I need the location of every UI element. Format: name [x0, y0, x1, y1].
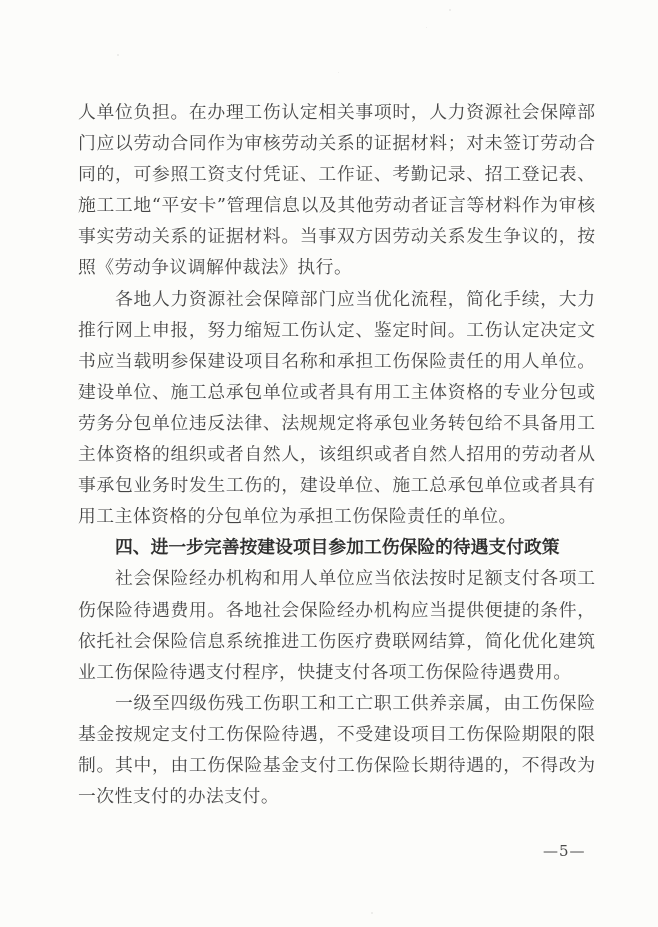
document-line: 事实劳动关系的证据材料。当事双方因劳动关系发生争议的，按 — [78, 221, 595, 252]
document-line: 书应当载明参保建设项目名称和承担工伤保险责任的用人单位。 — [78, 346, 595, 377]
document-body: 人单位负担。在办理工伤认定相关事项时，人力资源社会保障部 门应以劳动合同作为审核… — [78, 97, 595, 812]
section-heading: 四、进一步完善按建设项目参加工伤保险的待遇支付政策 — [78, 532, 595, 563]
paragraph: 社会保险经办机构和用人单位应当依法按时足额支付各项工 伤保险待遇费用。各地社会保… — [78, 563, 595, 687]
paragraph: 各地人力资源社会保障部门应当优化流程，简化手续，大力 推行网上申报，努力缩短工伤… — [78, 284, 595, 533]
document-line: 主体资格的组织或者自然人，该组织或者自然人招用的劳动者从 — [78, 439, 595, 470]
document-line: 照《劳动争议调解仲裁法》执行。 — [78, 252, 595, 283]
document-line: 同的，可参照工资支付凭证、工作证、考勤记录、招工登记表、 — [78, 159, 595, 190]
document-line: 各地人力资源社会保障部门应当优化流程，简化手续，大力 — [78, 284, 595, 315]
document-page: 人单位负担。在办理工伤认定相关事项时，人力资源社会保障部 门应以劳动合同作为审核… — [0, 0, 658, 927]
document-line: 制。其中，由工伤保险基金支付工伤保险长期待遇的，不得改为 — [78, 750, 595, 781]
scan-speck — [117, 54, 119, 56]
scan-speck — [426, 27, 427, 28]
scan-speck — [449, 9, 451, 11]
section-heading-line: 四、进一步完善按建设项目参加工伤保险的待遇支付政策 — [78, 532, 595, 563]
document-line: 施工工地“平安卡”管理信息以及其他劳动者证言等材料作为审核 — [78, 190, 595, 221]
document-line: 一次性支付的办法支付。 — [78, 781, 595, 812]
document-line: 人单位负担。在办理工伤认定相关事项时，人力资源社会保障部 — [78, 97, 595, 128]
document-line: 门应以劳动合同作为审核劳动关系的证据材料；对未签订劳动合 — [78, 128, 595, 159]
document-line: 用工主体资格的分包单位为承担工伤保险责任的单位。 — [78, 501, 595, 532]
document-line: 推行网上申报，努力缩短工伤认定、鉴定时间。工伤认定决定文 — [78, 315, 595, 346]
scan-speck — [371, 912, 373, 914]
document-line: 基金按规定支付工伤保险待遇，不受建设项目工伤保险期限的限 — [78, 719, 595, 750]
scan-speck — [338, 72, 339, 73]
paragraph: 人单位负担。在办理工伤认定相关事项时，人力资源社会保障部 门应以劳动合同作为审核… — [78, 97, 595, 284]
page-number: —5— — [543, 841, 586, 861]
paragraph: 一级至四级伤残工伤职工和工亡职工供养亲属，由工伤保险 基金按规定支付工伤保险待遇… — [78, 688, 595, 812]
document-line: 伤保险待遇费用。各地社会保险经办机构应当提供便捷的条件， — [78, 595, 595, 626]
document-line: 建设单位、施工总承包单位或者具有用工主体资格的专业分包或 — [78, 377, 595, 408]
document-line: 业工伤保险待遇支付程序，快捷支付各项工伤保险待遇费用。 — [78, 657, 595, 688]
document-line: 依托社会保险信息系统推进工伤医疗费联网结算，简化优化建筑 — [78, 626, 595, 657]
document-line: 劳务分包单位违反法律、法规规定将承包业务转包给不具备用工 — [78, 408, 595, 439]
document-line: 事承包业务时发生工伤的，建设单位、施工总承包单位或者具有 — [78, 470, 595, 501]
document-line: 社会保险经办机构和用人单位应当依法按时足额支付各项工 — [78, 563, 595, 594]
document-line: 一级至四级伤残工伤职工和工亡职工供养亲属，由工伤保险 — [78, 688, 595, 719]
